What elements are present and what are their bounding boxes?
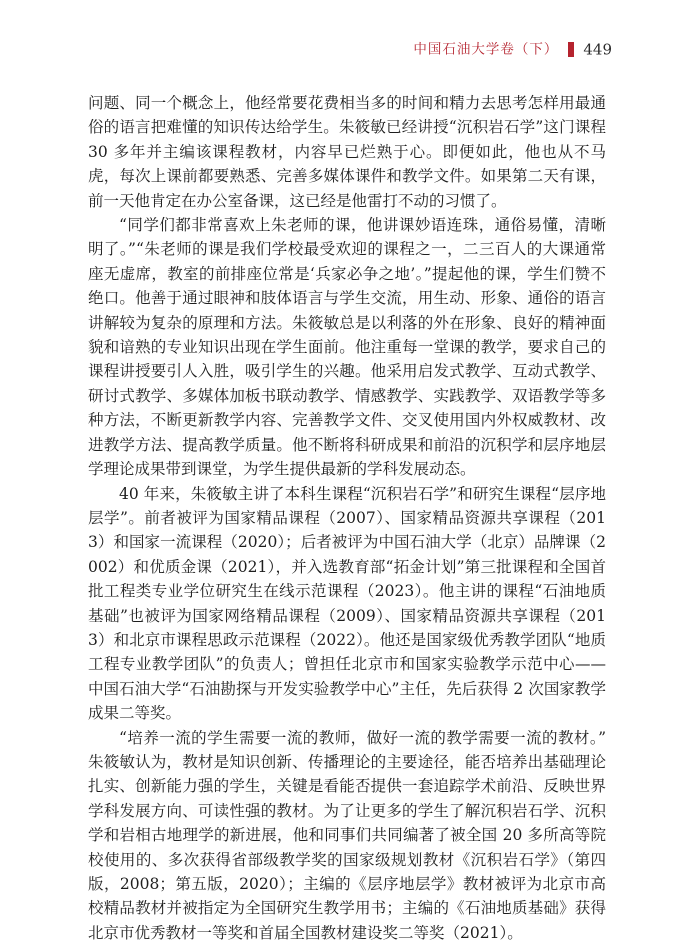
header-volume-title: 中国石油大学卷（下） (413, 42, 558, 58)
body-text-block: 问题、同一个概念上，他经常要花费相当多的时间和精力去思考怎样用最通俗的语言把难懂… (88, 91, 606, 945)
paragraph-continuation-teaching-prep: 问题、同一个概念上，他经常要花费相当多的时间和精力去思考怎样用最通俗的语言把难懂… (88, 91, 606, 213)
document-page: 中国石油大学卷（下）449 问题、同一个概念上，他经常要花费相当多的时间和精力去… (0, 0, 680, 945)
header-page-number: 449 (583, 41, 612, 59)
paragraph-courses-and-honors: 40 年来，朱筱敏主讲了本科生课程“沉积岩石学”和研究生课程“层序地层学”。前者… (88, 482, 606, 726)
header-divider-bar-icon (568, 42, 574, 57)
paragraph-student-praise: “同学们都非常喜欢上朱老师的课，他讲课妙语连珠，通俗易懂，清晰明了。”“朱老师的… (88, 213, 606, 481)
paragraph-textbooks-and-awards: “培养一流的学生需要一流的教师，做好一流的教学需要一流的教材。”朱筱敏认为，教材… (88, 726, 606, 945)
page-header: 中国石油大学卷（下）449 (88, 40, 612, 59)
